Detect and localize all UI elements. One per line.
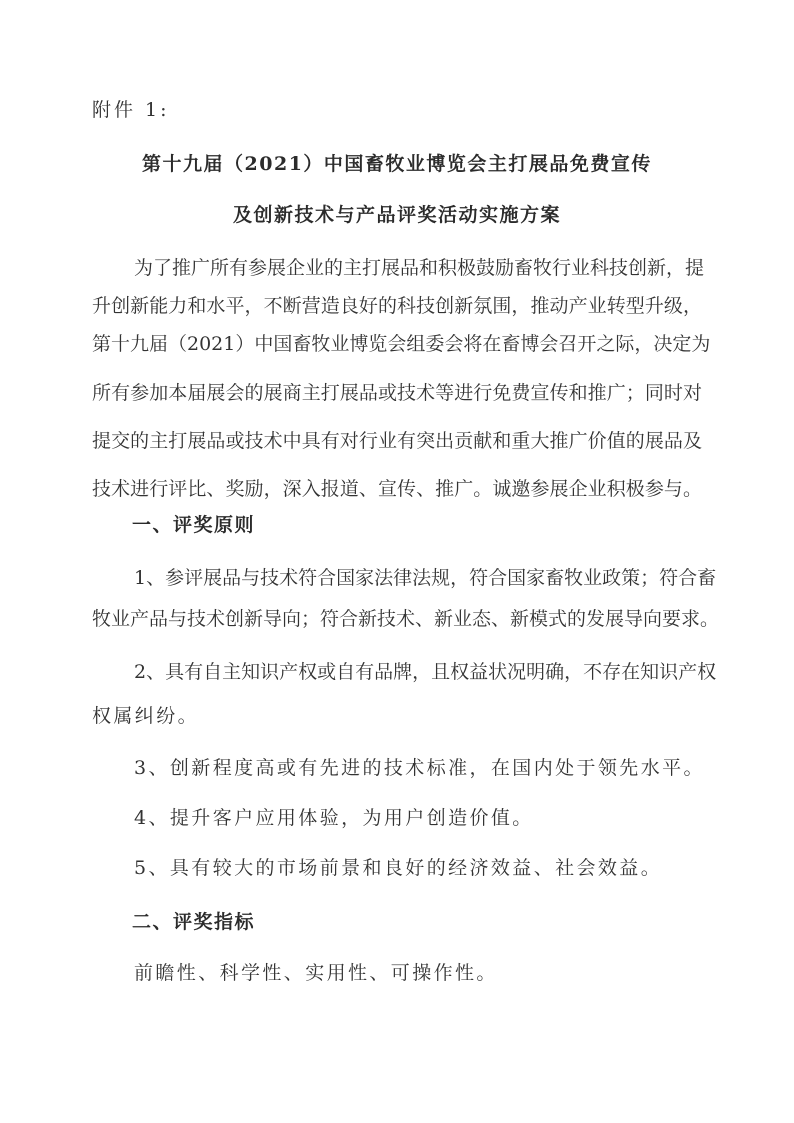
intro-line: 所有参加本届展会的展商主打展品或技术等进行免费宣传和推广；同时对 bbox=[92, 381, 702, 405]
list-item-4: 4、提升客户应用体验，为用户创造价值。 bbox=[134, 806, 702, 830]
list-item-2-line: 2、具有自主知识产权或自有品牌，且权益状况明确，不存在知识产权 bbox=[134, 660, 702, 684]
section-heading-principles: 一、评奖原则 bbox=[132, 513, 742, 537]
list-item-1-line: 牧业产品与技术创新导向；符合新技术、新业态、新模式的发展导向要求。 bbox=[92, 607, 702, 631]
list-item-3: 3、创新程度高或有先进的技术标准，在国内处于领先水平。 bbox=[134, 756, 702, 780]
intro-line: 第十九届（2021）中国畜牧业博览会组委会将在畜博会召开之际，决定为 bbox=[92, 332, 702, 356]
title-line-1: 第十九届（2021）中国畜牧业博览会主打展品免费宣传 bbox=[0, 152, 794, 176]
intro-line: 技术进行评比、奖励，深入报道、宣传、推广。诚邀参展企业积极参与。 bbox=[92, 477, 702, 501]
indicators-body: 前瞻性、科学性、实用性、可操作性。 bbox=[134, 961, 702, 985]
attachment-label: 附件 1: bbox=[92, 98, 702, 122]
intro-line: 为了推广所有参展企业的主打展品和积极鼓励畜牧行业科技创新，提 bbox=[134, 256, 702, 280]
title-line-2: 及创新技术与产品评奖活动实施方案 bbox=[0, 203, 794, 227]
list-item-5: 5、具有较大的市场前景和良好的经济效益、社会效益。 bbox=[134, 856, 702, 880]
section-heading-indicators: 二、评奖指标 bbox=[132, 910, 742, 934]
list-item-1-line: 1、参评展品与技术符合国家法律法规，符合国家畜牧业政策；符合畜 bbox=[134, 566, 702, 590]
intro-line: 提交的主打展品或技术中具有对行业有突出贡献和重大推广价值的展品及 bbox=[92, 429, 702, 453]
list-item-2-line: 权属纠纷。 bbox=[92, 704, 702, 728]
intro-line: 升创新能力和水平，不断营造良好的科技创新氛围，推动产业转型升级， bbox=[92, 294, 702, 318]
